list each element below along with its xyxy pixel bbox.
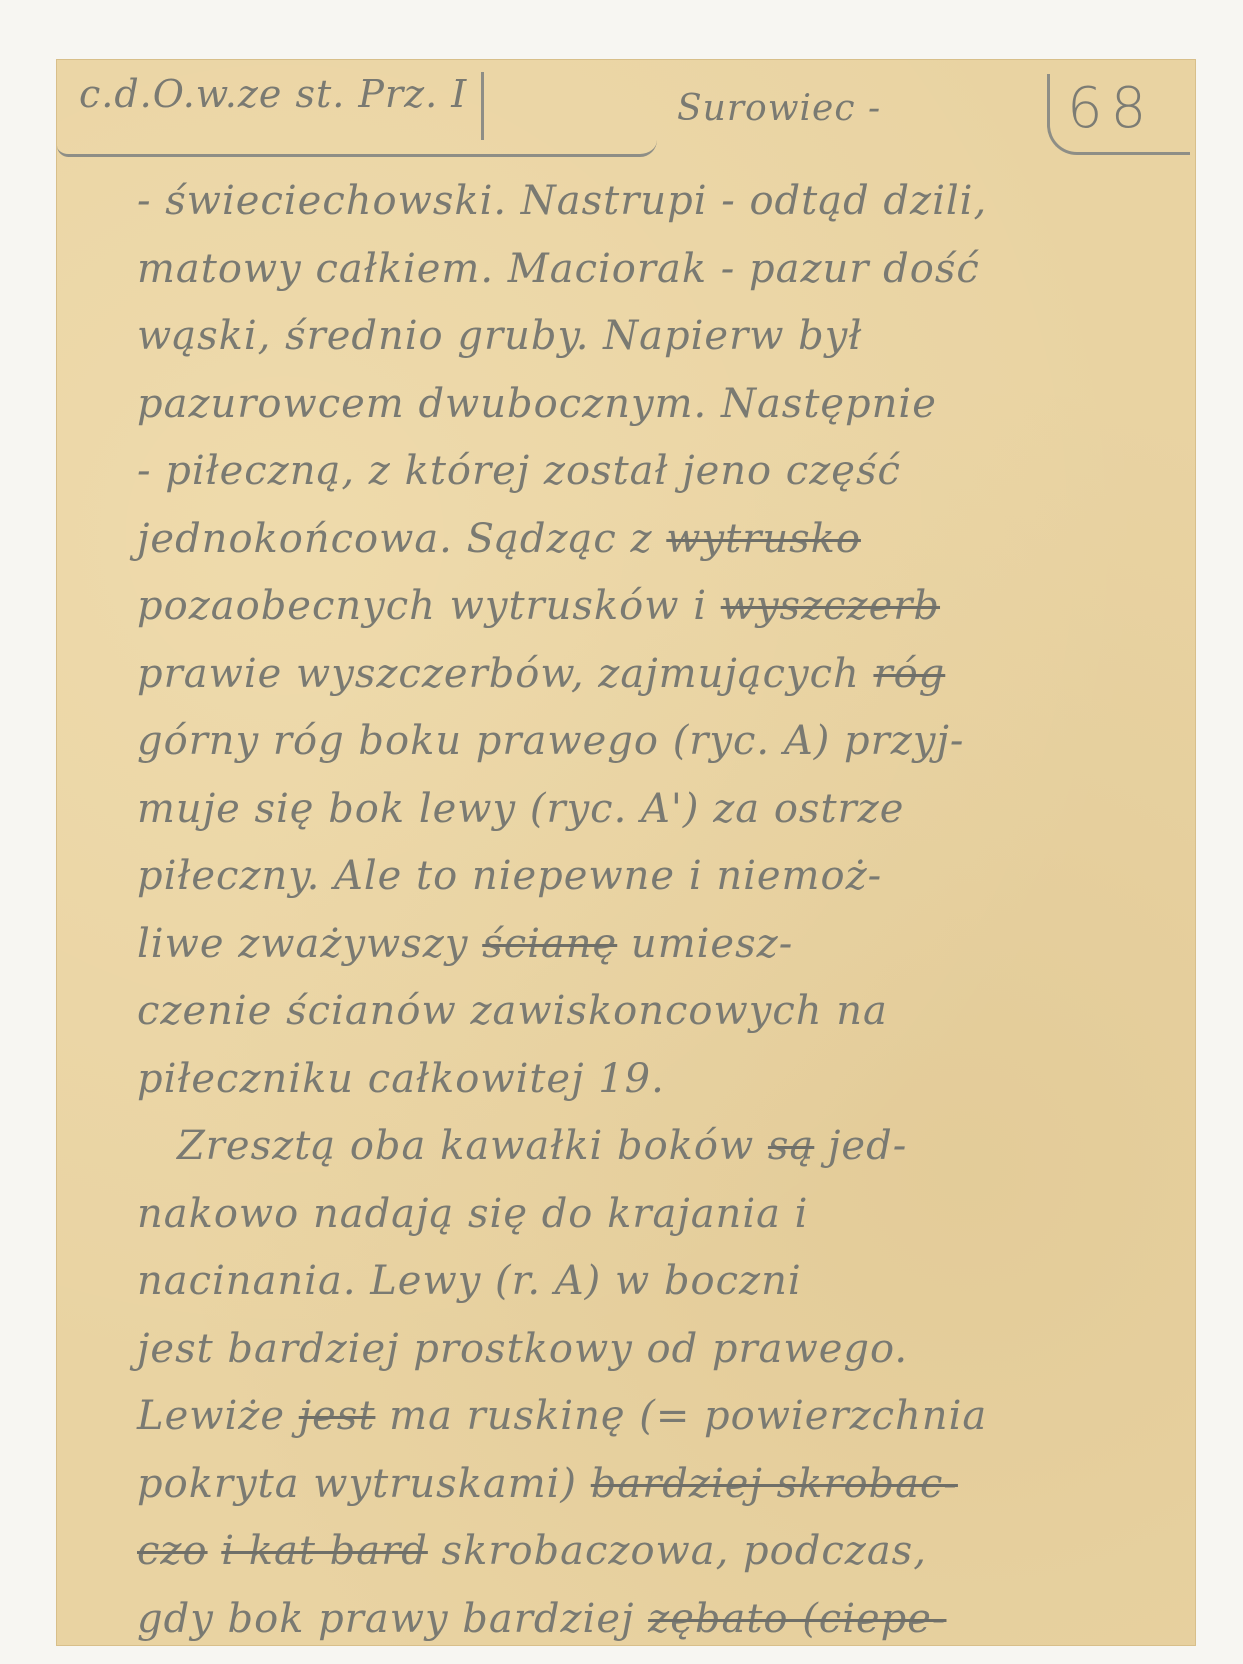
text-segment: prawie wyszczerbów, zajmujących	[137, 651, 873, 697]
text-segment: wąski, średnio gruby. Napierw był	[137, 313, 862, 359]
text-segment	[208, 1528, 222, 1574]
text-segment: górny róg boku prawego (ryc. A) przyj-	[137, 718, 964, 764]
struck-text: wyszczerb	[721, 583, 940, 629]
text-line: - piłeczną, z której został jeno część	[137, 438, 1177, 506]
text-line: piłeczny. Ale to niepewne i niemoż-	[137, 843, 1177, 911]
text-line: prawie wyszczerbów, zajmujących róg	[137, 641, 1177, 709]
text-segment: jednokońcowa. Sądząc z	[137, 516, 666, 562]
struck-text: bardziej skrobac-	[591, 1461, 958, 1507]
text-segment: czenie ścianów zawiskoncowych na	[137, 988, 888, 1034]
handwritten-text-body: - świeciechowski. Nastrupi - odtąd dzili…	[137, 168, 1177, 1653]
text-line: pokryta wytruskami) bardziej skrobac-	[137, 1451, 1177, 1519]
text-line: jednokońcowa. Sądząc z wytrusko	[137, 506, 1177, 574]
header-reference: c.d.O.w.ze st. Prz. I	[75, 72, 484, 140]
text-segment: ma ruskinę (= powierzchnia	[375, 1393, 987, 1439]
text-line: pozaobecnych wytrusków i wyszczerb	[137, 573, 1177, 641]
struck-text: wytrusko	[666, 516, 861, 562]
text-line: nakowo nadają się do krajania i	[137, 1181, 1177, 1249]
text-line: Lewiże jest ma ruskinę (= powierzchnia	[137, 1383, 1177, 1451]
text-segment: liwe zważywszy	[137, 921, 482, 967]
struck-text: i kat bard	[221, 1528, 428, 1574]
text-line: - świeciechowski. Nastrupi - odtąd dzili…	[137, 168, 1177, 236]
text-segment: gdy bok prawy bardziej	[137, 1596, 648, 1642]
text-line: pazurowcem dwubocznym. Następnie	[137, 371, 1177, 439]
text-segment: jed-	[814, 1123, 907, 1169]
text-segment: pokryta wytruskami)	[137, 1461, 591, 1507]
text-segment: piłeczny. Ale to niepewne i niemoż-	[137, 853, 882, 899]
text-segment: Zresztą oba kawałki boków	[177, 1123, 768, 1169]
struck-text: są	[768, 1123, 814, 1169]
text-segment: matowy całkiem. Maciorak - pazur dość	[137, 246, 980, 292]
text-segment: Lewiże	[137, 1393, 299, 1439]
text-line: czenie ścianów zawiskoncowych na	[137, 978, 1177, 1046]
header-title: Surowiec -	[677, 88, 881, 129]
text-segment: pozaobecnych wytrusków i	[137, 583, 721, 629]
text-segment: skrobaczowa, podczas,	[428, 1528, 927, 1574]
text-segment: nakowo nadają się do krajania i	[137, 1191, 808, 1237]
text-line: Zresztą oba kawałki boków są jed-	[137, 1113, 1177, 1181]
struck-text: róg	[873, 651, 945, 697]
page-number: 68	[1067, 76, 1154, 141]
struck-text: jest	[299, 1393, 376, 1439]
text-segment: - świeciechowski. Nastrupi - odtąd dzili…	[137, 178, 987, 224]
text-line: górny róg boku prawego (ryc. A) przyj-	[137, 708, 1177, 776]
struck-text: czo	[137, 1528, 208, 1574]
document-card: c.d.O.w.ze st. Prz. I Surowiec - 68 - św…	[57, 60, 1195, 1645]
text-line: nacinania. Lewy (r. A) w boczni	[137, 1248, 1177, 1316]
text-line: piłeczniku całkowitej 19.	[137, 1046, 1177, 1114]
text-segment: nacinania. Lewy (r. A) w boczni	[137, 1258, 802, 1304]
text-line: gdy bok prawy bardziej zębato (ciepe-	[137, 1586, 1177, 1654]
text-segment: piłeczniku całkowitej 19.	[137, 1056, 665, 1102]
text-line: jest bardziej prostkowy od prawego.	[137, 1316, 1177, 1384]
struck-text: ścianę	[482, 921, 617, 967]
text-line: wąski, średnio gruby. Napierw był	[137, 303, 1177, 371]
text-line: liwe zważywszy ścianę umiesz-	[137, 911, 1177, 979]
text-segment: jest bardziej prostkowy od prawego.	[137, 1326, 908, 1372]
text-line: matowy całkiem. Maciorak - pazur dość	[137, 236, 1177, 304]
text-segment: umiesz-	[617, 921, 793, 967]
struck-text: zębato (ciepe-	[648, 1596, 946, 1642]
header-underline	[57, 140, 657, 157]
text-line: muje się bok lewy (ryc. A') za ostrze	[137, 776, 1177, 844]
text-line: czo i kat bard skrobaczowa, podczas,	[137, 1518, 1177, 1586]
text-segment: - piłeczną, z której został jeno część	[137, 448, 901, 494]
text-segment: muje się bok lewy (ryc. A') za ostrze	[137, 786, 904, 832]
text-segment: pazurowcem dwubocznym. Następnie	[137, 381, 937, 427]
